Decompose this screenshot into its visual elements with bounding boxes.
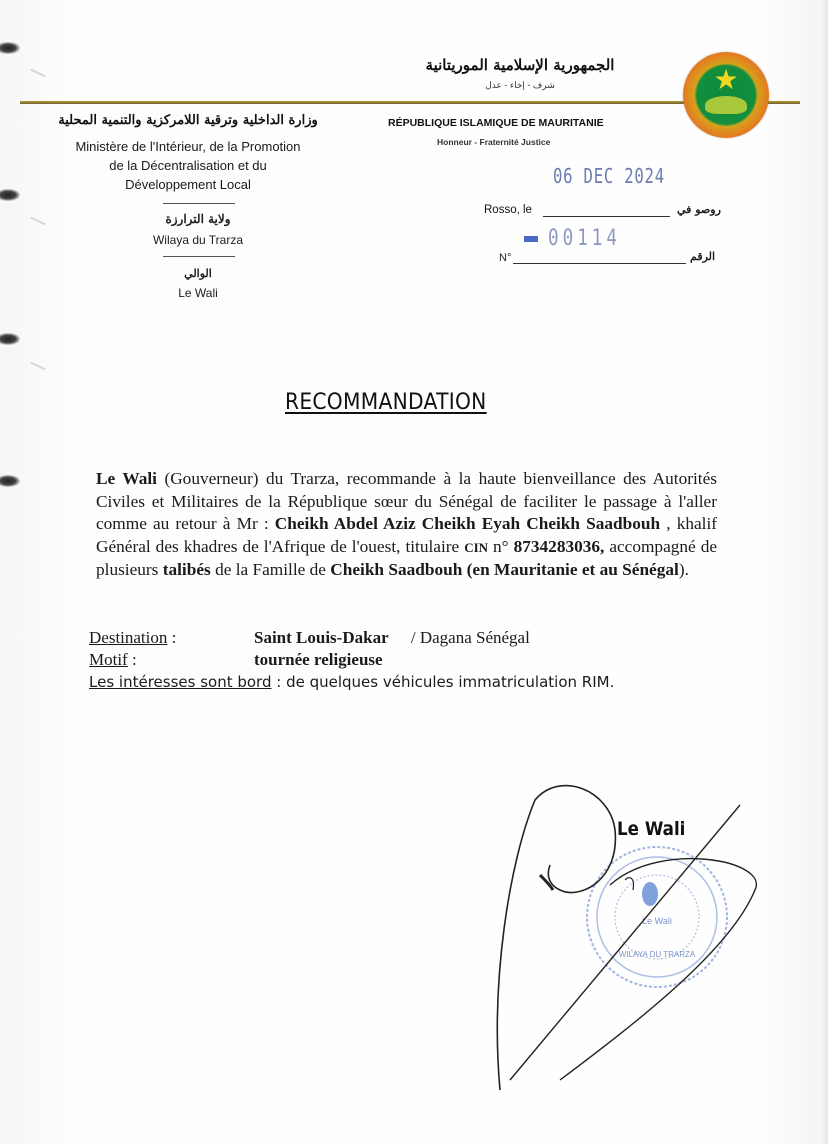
cin-label: CIN <box>464 540 488 555</box>
handwritten-signature-icon <box>490 780 760 1100</box>
detail-value: Saint Louis-Dakar <box>254 628 389 647</box>
ministry-name-ar: وزارة الداخلية وترقية اللامركزية والتنمي… <box>28 113 348 128</box>
star-icon: ★ <box>683 66 769 94</box>
family-name: Cheikh Saadbouh <box>330 560 462 579</box>
place-label-ar: روصو في <box>677 203 721 216</box>
ministry-name-fr: Ministère de l'Intérieur, de la Promotio… <box>28 137 348 194</box>
palm-icon <box>705 96 747 114</box>
detail-label: Destination <box>89 628 167 647</box>
ministry-line: Développement Local <box>28 175 348 194</box>
beneficiary-name: Cheikh Abdel Aziz Cheikh Eyah Cheikh Saa… <box>275 514 660 533</box>
cin-number: 8734283036, <box>514 537 605 556</box>
body-text: n° <box>488 537 514 556</box>
talibes-bold: talibés <box>163 560 211 579</box>
place-label: Rosso, le <box>484 204 532 216</box>
office-ar: الوالي <box>148 267 248 280</box>
punch-hole-mark <box>0 189 20 201</box>
punch-hole-mark <box>0 42 20 54</box>
national-emblem-icon: ★ <box>683 52 769 138</box>
motto-fr: Honneur - Fraternité Justice <box>437 137 550 147</box>
detail-value: tournée religieuse <box>254 650 383 669</box>
number-stamp: 00114 <box>548 226 621 251</box>
detail-sep: : <box>271 673 281 691</box>
stamp-mark <box>524 236 538 242</box>
number-label-ar: الرقم <box>690 250 715 263</box>
recommendation-body: Le Wali (Gouverneur) du Trarza, recomman… <box>96 468 717 582</box>
detail-sep: : <box>167 628 176 647</box>
ministry-line: de la Décentralisation et du <box>28 156 348 175</box>
detail-transport: Les intéresses sont bord : de quelques v… <box>89 673 614 691</box>
republic-title-ar: الجمهورية الإسلامية الموريتانية <box>400 56 640 74</box>
punch-hole-mark <box>0 475 20 487</box>
separator <box>163 256 235 257</box>
detail-sep: : <box>128 650 137 669</box>
detail-destination-value: Saint Louis-Dakar / Dagana Sénégal <box>254 628 530 648</box>
number-line <box>513 263 686 264</box>
separator <box>163 203 235 204</box>
date-line <box>543 216 670 217</box>
office-fr: Le Wali <box>148 286 248 300</box>
detail-value-extra: de quelques véhicules immatriculation RI… <box>286 673 614 691</box>
detail-label: Les intéresses sont bord <box>89 673 271 691</box>
countries: (en Mauritanie et au Sénégal <box>462 560 678 579</box>
detail-value-extra: / Dagana Sénégal <box>411 628 530 647</box>
body-text: de la Famille de <box>211 560 331 579</box>
ministry-line: Ministère de l'Intérieur, de la Promotio… <box>28 137 348 156</box>
punch-hole-mark <box>0 333 20 345</box>
wilaya-fr: Wilaya du Trarza <box>128 233 268 247</box>
detail-motif-value: tournée religieuse <box>254 650 383 670</box>
date-stamp: 06 DEC 2024 <box>553 164 665 188</box>
motto-ar: شرف - إخاء - عدل <box>440 80 600 91</box>
body-text: ). <box>679 560 689 579</box>
detail-destination: Destination : <box>89 628 176 648</box>
wilaya-ar: ولاية الترارزة <box>148 212 248 226</box>
detail-motif: Motif : <box>89 650 137 670</box>
document-title: RECOMMANDATION <box>285 390 487 415</box>
issuer-bold: Le Wali <box>96 469 157 488</box>
page-edge <box>818 0 828 1144</box>
detail-label: Motif <box>89 650 128 669</box>
republic-title-fr: RÉPUBLIQUE ISLAMIQUE DE MAURITANIE <box>388 117 688 129</box>
number-label: N° <box>499 252 511 264</box>
